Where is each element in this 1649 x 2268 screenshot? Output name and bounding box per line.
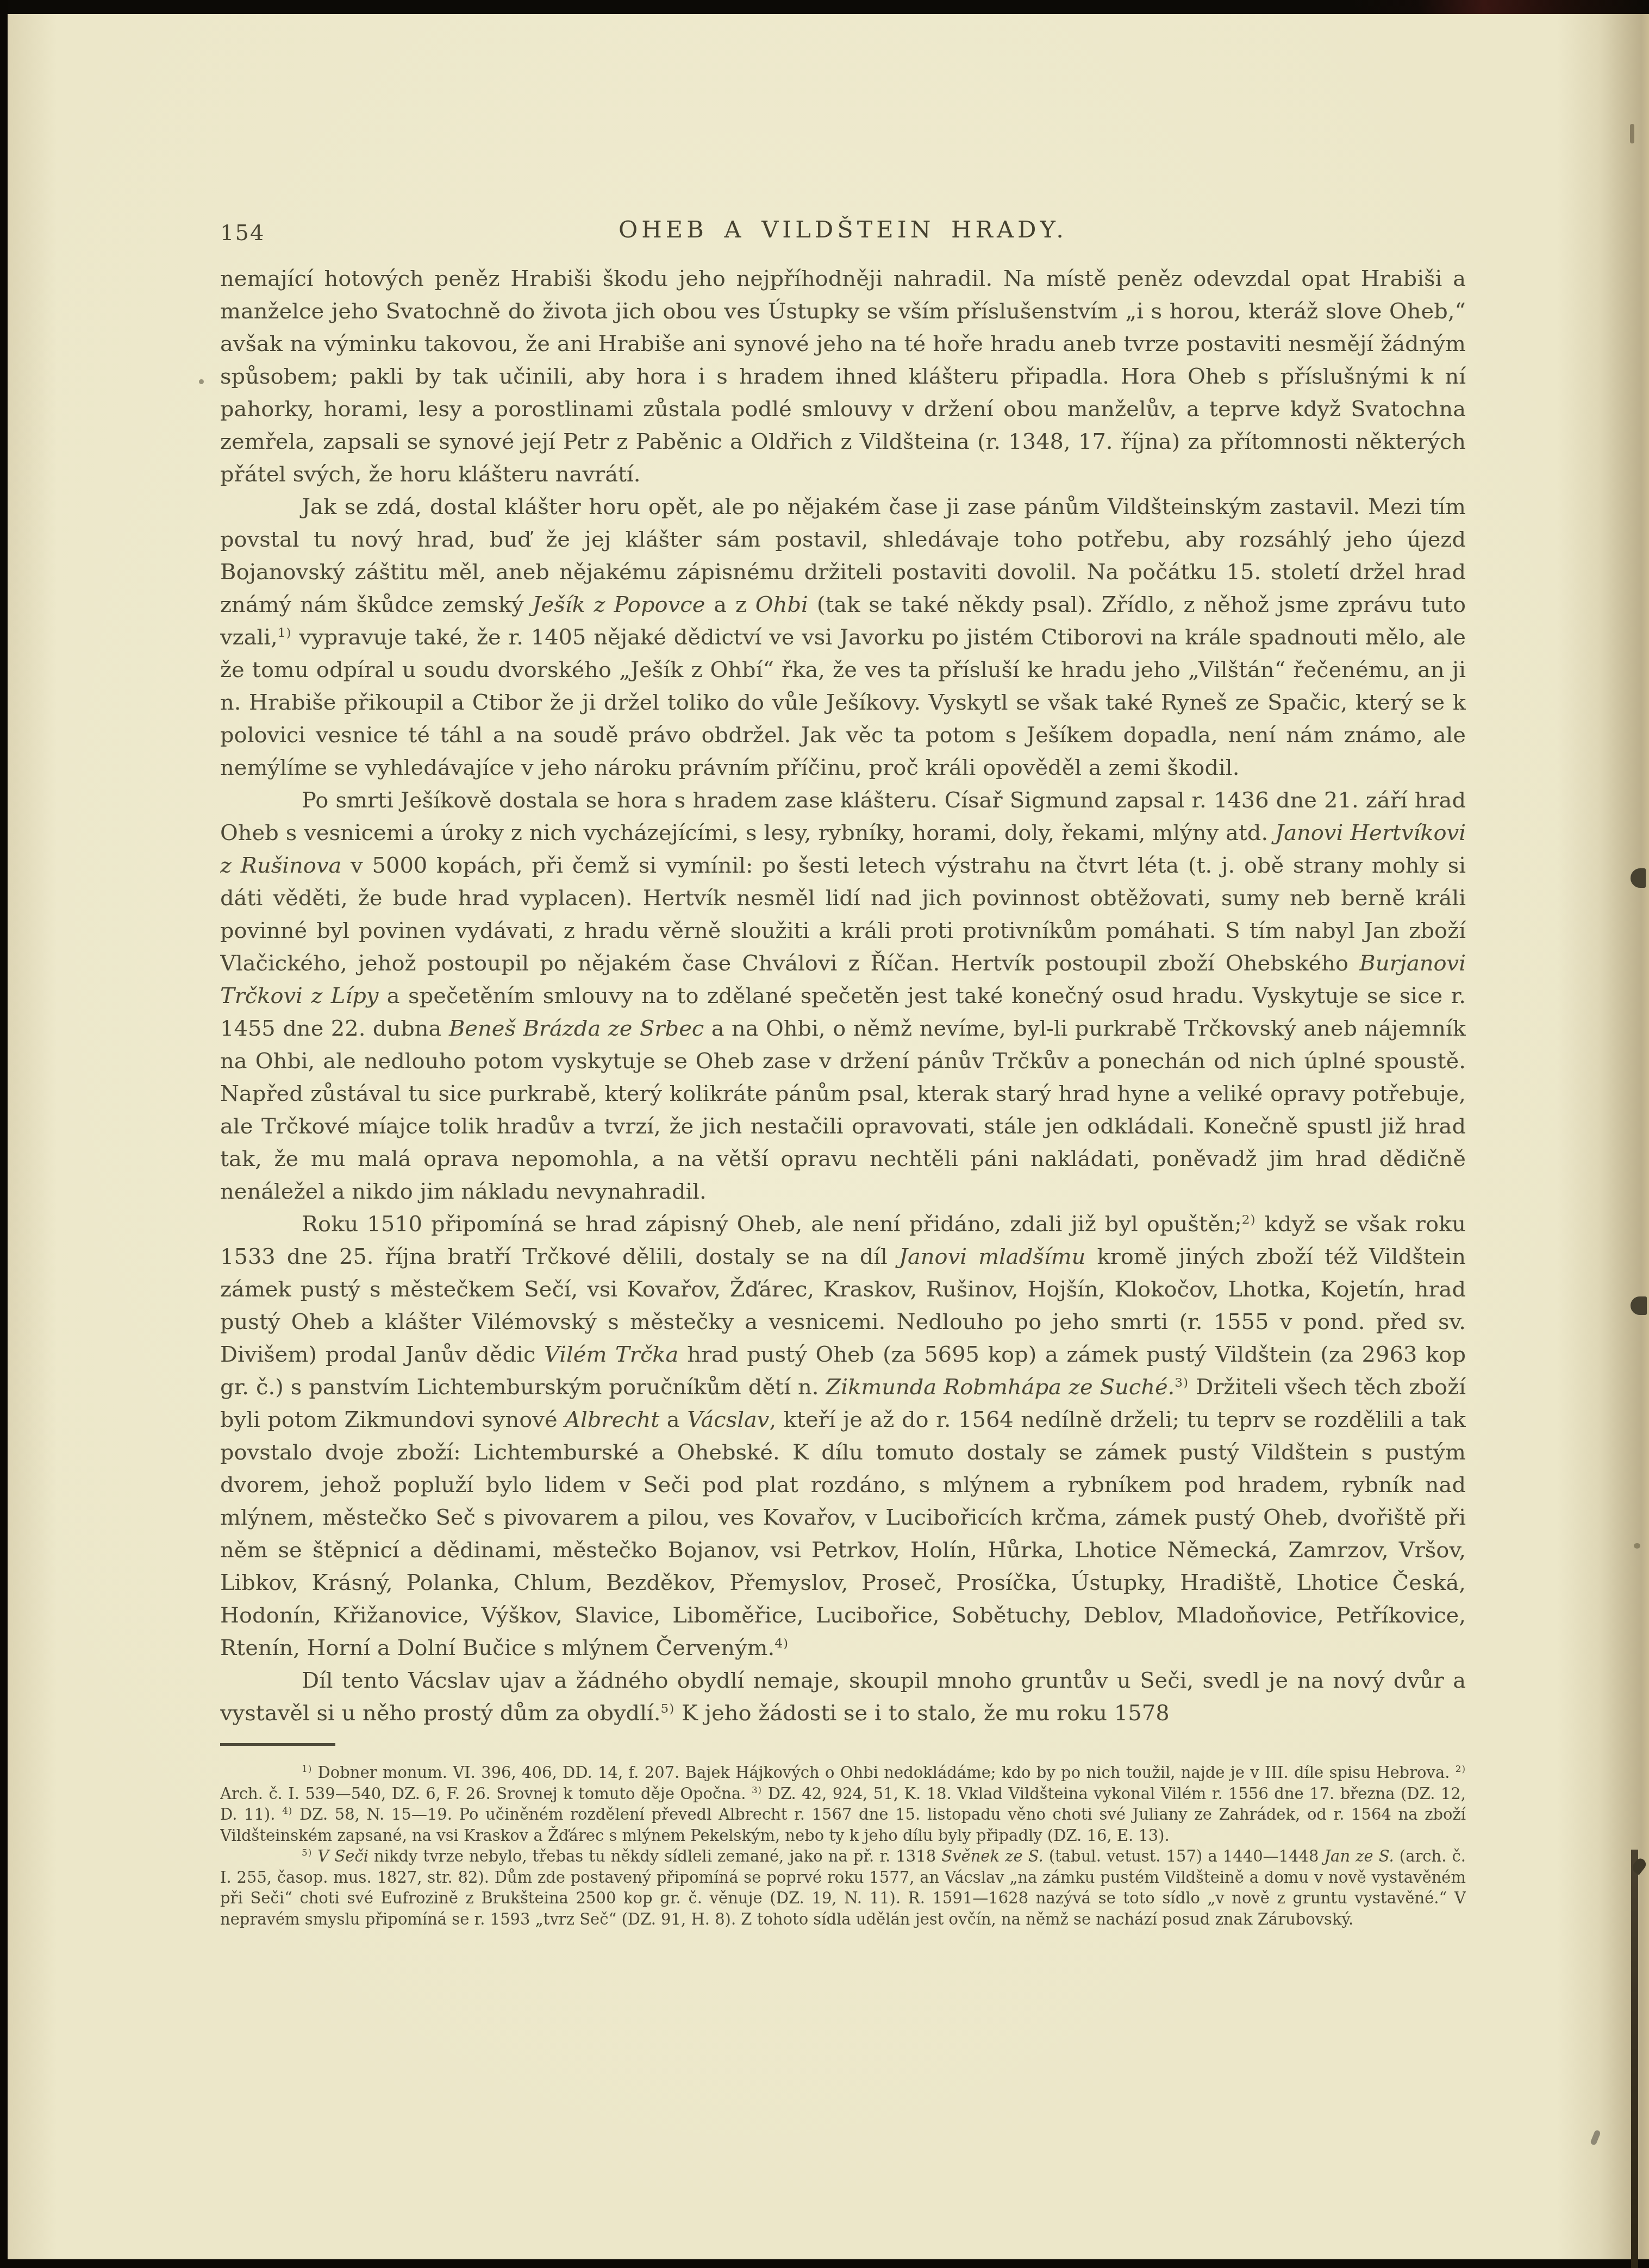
text-run: a <box>659 1407 687 1432</box>
paragraph: Po smrti Ješíkově dostala se hora s hrad… <box>220 784 1466 1208</box>
ink-blot <box>1631 868 1646 888</box>
footnote-ref: 3) <box>752 1784 762 1795</box>
italic-text: Ješík z Popovce <box>532 592 705 617</box>
footnote-ref: 1) <box>278 625 292 640</box>
footnote-ref: 2) <box>1242 1212 1256 1227</box>
footnote-ref: 3) <box>1175 1375 1189 1390</box>
italic-text: Jan ze S. <box>1324 1847 1394 1865</box>
footnote-ref: 1) <box>302 1763 312 1774</box>
scan-border-left <box>0 0 8 2268</box>
text-run <box>312 1847 317 1865</box>
footnote-ref: 2) <box>1456 1763 1466 1774</box>
text-run: Arch. č. I. 539—540, DZ. 6, F. 26. Srovn… <box>220 1784 752 1803</box>
italic-text: Janovi mladšímu <box>899 1244 1085 1269</box>
footnote-ref: 5) <box>302 1847 312 1858</box>
footnote-ref: 4) <box>282 1805 292 1816</box>
edge-dash-mark <box>1630 124 1634 143</box>
footnote: 1) Dobner monum. VI. 396, 406, DD. 14, f… <box>220 1762 1466 1846</box>
scan-border-top <box>0 0 1649 14</box>
footnote: 5) V Seči nikdy tvrze nebylo, třebas tu … <box>220 1846 1466 1929</box>
italic-text: Vilém Trčka <box>544 1342 678 1367</box>
ink-blot <box>1631 1296 1647 1315</box>
italic-text: Zikmunda Robmhápa ze Suché. <box>826 1375 1175 1400</box>
text-run: a na Ohbi, o němž nevíme, byl-li purkrab… <box>220 1016 1466 1204</box>
text-run: nemající hotových peněz Hrabiši škodu je… <box>220 266 1466 487</box>
footnote-ref: 5) <box>661 1701 675 1716</box>
paragraph: Roku 1510 připomíná se hrad zápisný Oheb… <box>220 1208 1466 1664</box>
text-run: nikdy tvrze nebylo, třebas tu někdy sídl… <box>368 1847 941 1865</box>
italic-text: Vácslav <box>687 1407 769 1432</box>
italic-text: Ohbi <box>755 592 808 617</box>
footnotes: 1) Dobner monum. VI. 396, 406, DD. 14, f… <box>220 1762 1466 2066</box>
italic-text: V Seči <box>317 1847 368 1865</box>
text-run: vypravuje také, že r. 1405 nějaké dědict… <box>220 625 1466 780</box>
paragraph: Díl tento Vácslav ujav a žádného obydlí … <box>220 1664 1466 1730</box>
margin-dot <box>199 379 204 384</box>
text-run: , kteří je až do r. 1564 nedílně drželi;… <box>220 1407 1466 1661</box>
italic-text: Beneš Brázda ze Srbec <box>449 1016 704 1041</box>
footnote-ref: 4) <box>774 1636 789 1651</box>
text-run: Dobner monum. VI. 396, 406, DD. 14, f. 2… <box>312 1763 1455 1782</box>
page-fold-line <box>1631 1850 1638 2268</box>
text-run: a z <box>705 592 755 617</box>
text-run: K jeho žádosti se i to stalo, že mu roku… <box>674 1701 1169 1726</box>
italic-text: Albrecht <box>565 1407 659 1432</box>
paragraph: Jak se zdá, dostal klášter horu opět, al… <box>220 491 1466 784</box>
scan-border-bottom <box>0 2259 1649 2268</box>
ink-speck <box>1634 1543 1640 1549</box>
italic-text: Svěnek ze S. <box>941 1847 1044 1865</box>
text-run: DZ. 58, N. 15—19. Po učiněném rozdělení … <box>220 1805 1466 1845</box>
scanned-book-page: 154 OHEB A VILDŠTEIN HRADY. nemající hot… <box>0 0 1649 2268</box>
footnote-separator <box>220 1743 335 1746</box>
text-run: v 5000 kopách, při čemž si vymínil: po š… <box>220 853 1466 976</box>
running-title: OHEB A VILDŠTEIN HRADY. <box>220 216 1466 243</box>
text-run: (tabul. vetust. 157) a 1440—1448 <box>1044 1847 1325 1865</box>
paragraph: nemající hotových peněz Hrabiši škodu je… <box>220 262 1466 491</box>
page-header: 154 OHEB A VILDŠTEIN HRADY. <box>220 216 1466 254</box>
text-run: Roku 1510 připomíná se hrad zápisný Oheb… <box>302 1212 1242 1237</box>
body-text: nemající hotových peněz Hrabiši škodu je… <box>220 262 1466 1736</box>
